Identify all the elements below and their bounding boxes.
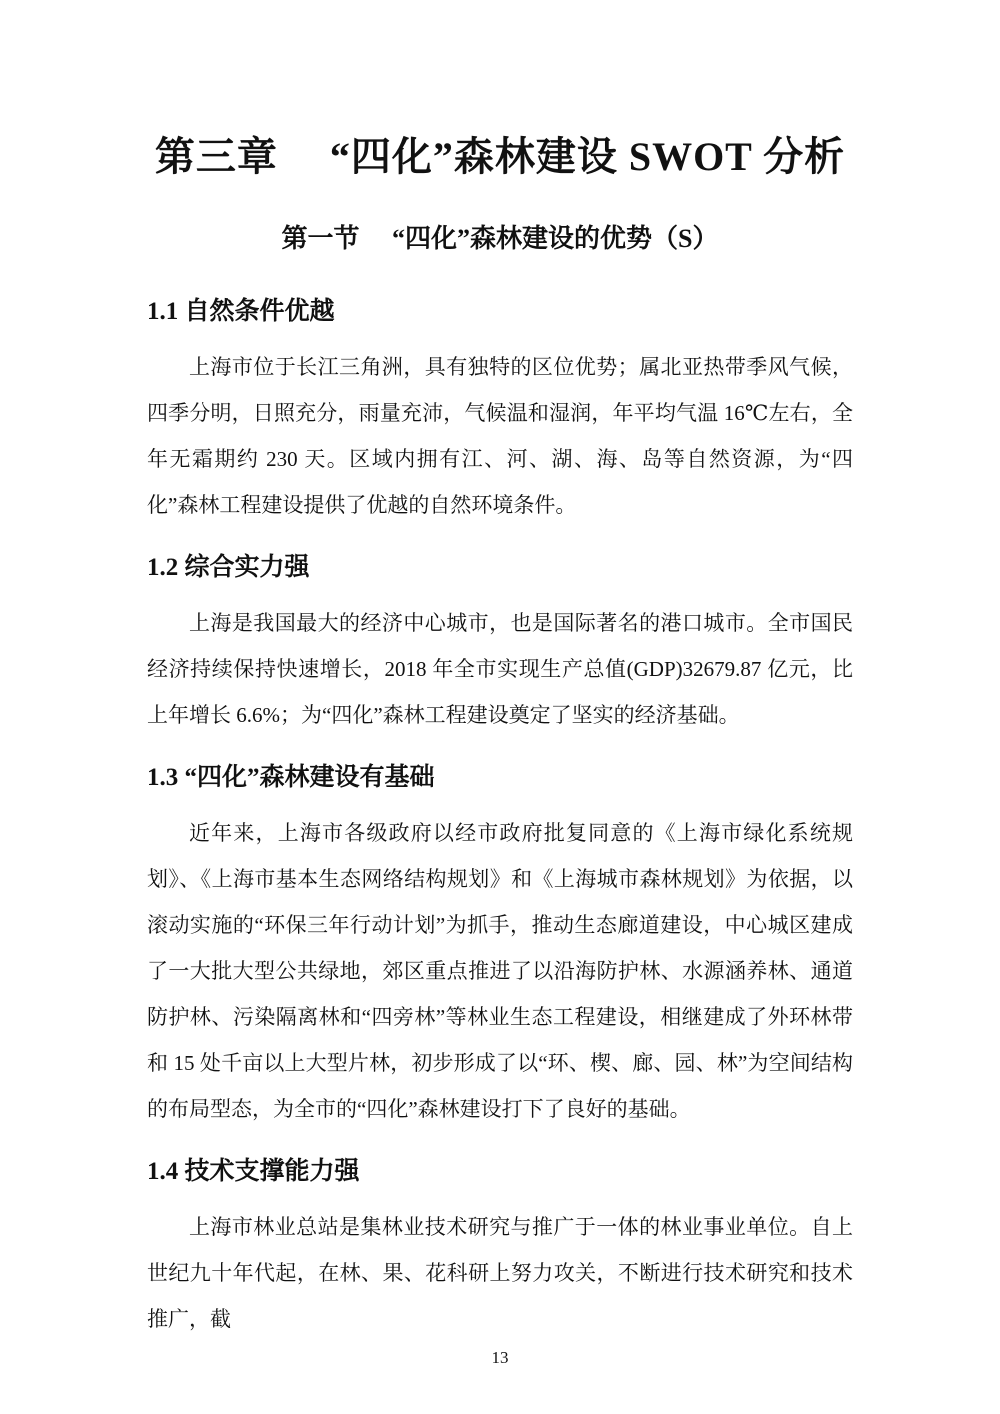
section-paragraph-1-3: 近年来，上海市各级政府以经市政府批复同意的《上海市绿化系统规划》、《上海市基本生… xyxy=(147,810,853,1132)
section-1-4: 1.4 技术支撑能力强 上海市林业总站是集林业技术研究与推广于一体的林业事业单位… xyxy=(147,1156,853,1342)
section-heading-1-4: 1.4 技术支撑能力强 xyxy=(147,1156,853,1188)
chapter-title: 第三章 “四化”森林建设 SWOT 分析 xyxy=(147,132,853,182)
section-paragraph-1-4: 上海市林业总站是集林业技术研究与推广于一体的林业事业单位。自上世纪九十年代起，在… xyxy=(147,1204,853,1342)
section-heading-1-1: 1.1 自然条件优越 xyxy=(147,296,853,328)
section-1-3: 1.3 “四化”森林建设有基础 近年来，上海市各级政府以经市政府批复同意的《上海… xyxy=(147,762,853,1132)
section-1-2: 1.2 综合实力强 上海是我国最大的经济中心城市，也是国际著名的港口城市。全市国… xyxy=(147,552,853,738)
page-content: 第三章 “四化”森林建设 SWOT 分析 第一节 “四化”森林建设的优势（S） … xyxy=(147,0,853,1368)
section-paragraph-1-1: 上海市位于长江三角洲，具有独特的区位优势；属北亚热带季风气候，四季分明，日照充分… xyxy=(147,344,853,528)
document-page: 第三章 “四化”森林建设 SWOT 分析 第一节 “四化”森林建设的优势（S） … xyxy=(0,0,1000,1414)
section-paragraph-1-2: 上海是我国最大的经济中心城市，也是国际著名的港口城市。全市国民经济持续保持快速增… xyxy=(147,600,853,738)
section-heading-1-2: 1.2 综合实力强 xyxy=(147,552,853,584)
section-title: 第一节 “四化”森林建设的优势（S） xyxy=(147,222,853,256)
section-1-1: 1.1 自然条件优越 上海市位于长江三角洲，具有独特的区位优势；属北亚热带季风气… xyxy=(147,296,853,528)
section-heading-1-3: 1.3 “四化”森林建设有基础 xyxy=(147,762,853,794)
page-number: 13 xyxy=(147,1348,853,1368)
